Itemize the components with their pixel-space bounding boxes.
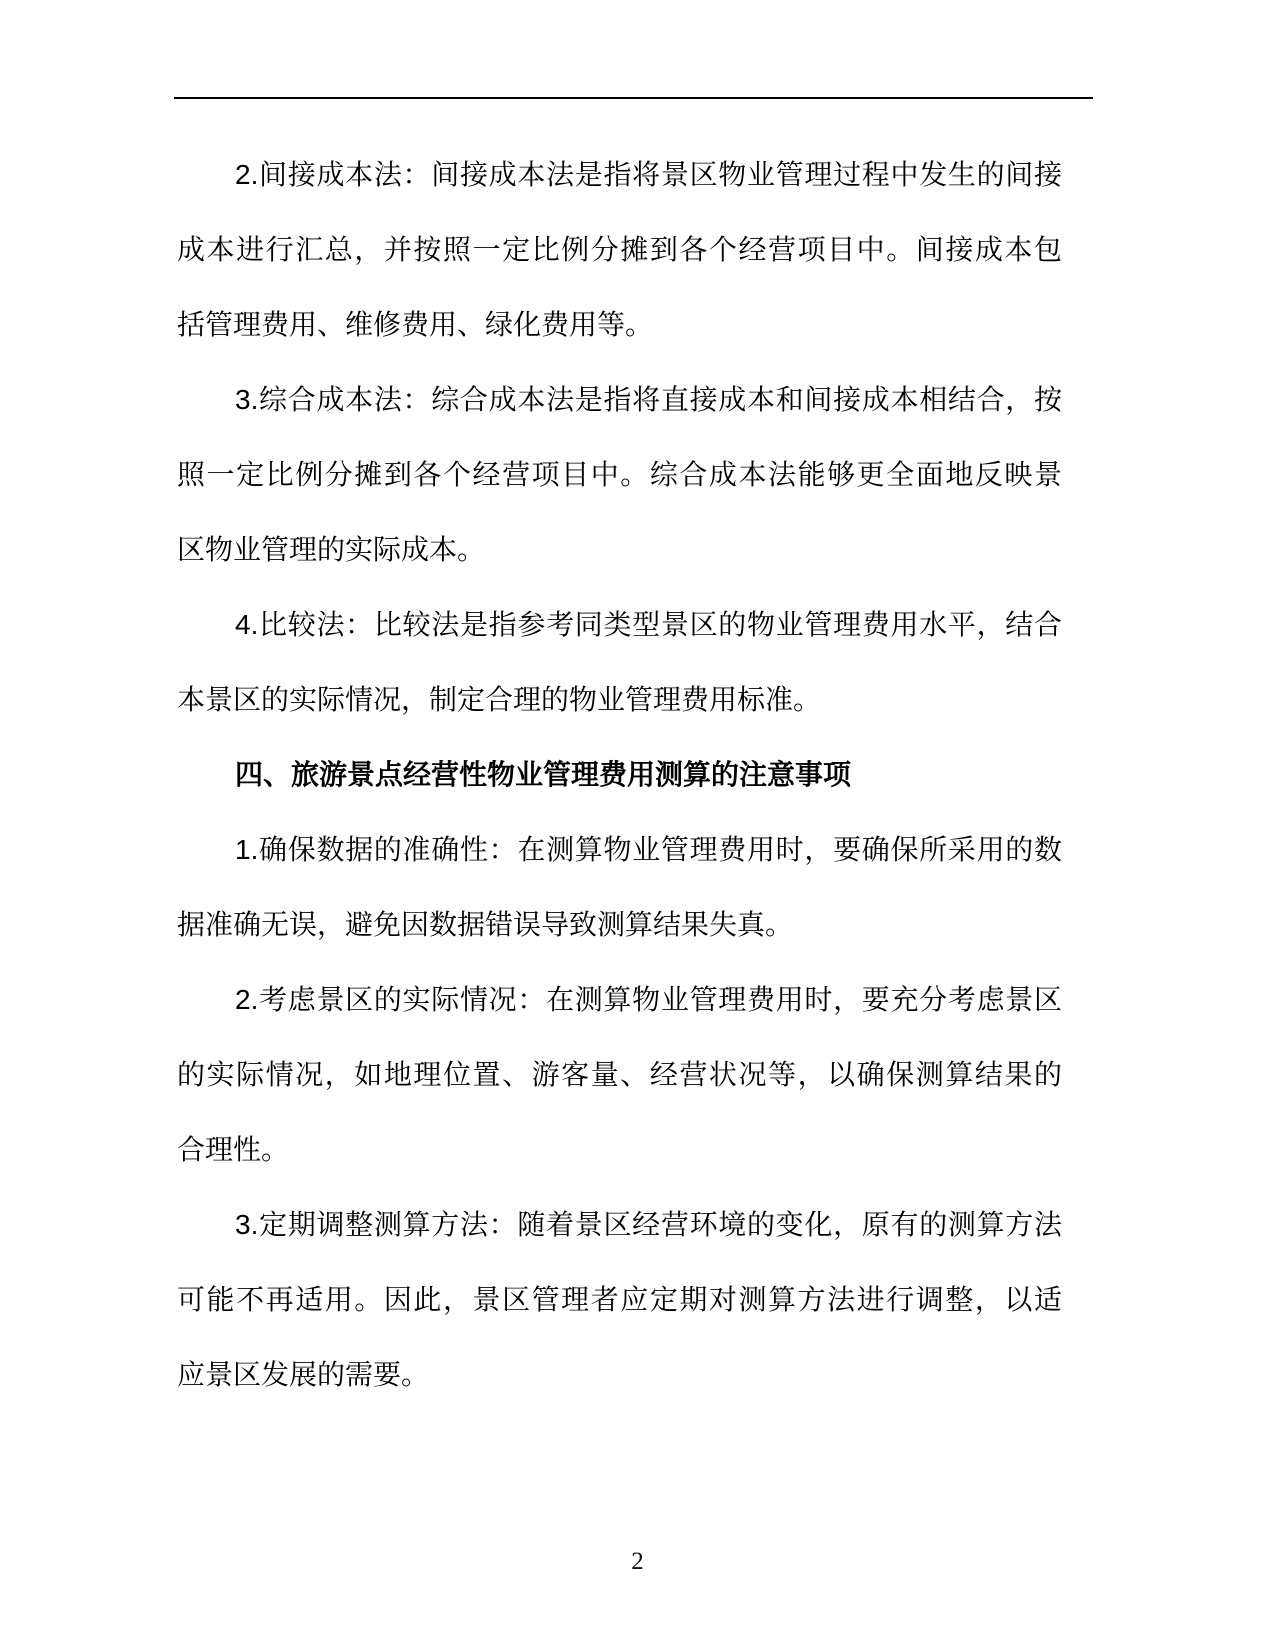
body-line: 3.综合成本法：综合成本法是指将直接成本和间接成本相结合，按 (177, 362, 1062, 437)
paragraph-indirect-cost-method: 2.间接成本法：间接成本法是指将景区物业管理过程中发生的间接 成本进行汇总，并按… (177, 137, 1062, 362)
paragraph-comparison-method: 4.比较法：比较法是指参考同类型景区的物业管理费用水平，结合 本景区的实际情况，… (177, 587, 1062, 737)
body-line: 2.间接成本法：间接成本法是指将景区物业管理过程中发生的间接 (177, 137, 1062, 212)
body-line: 可能不再适用。因此，景区管理者应定期对测算方法进行调整，以适 (177, 1262, 1062, 1337)
paragraph-actual-conditions: 2.考虑景区的实际情况：在测算物业管理费用时，要充分考虑景区 的实际情况，如地理… (177, 962, 1062, 1187)
body-line: 区物业管理的实际成本。 (177, 512, 1062, 587)
body-line: 合理性。 (177, 1112, 1062, 1187)
body-line: 2.考虑景区的实际情况：在测算物业管理费用时，要充分考虑景区 (177, 962, 1062, 1037)
heading-line: 四、旅游景点经营性物业管理费用测算的注意事项 (177, 737, 1062, 812)
body-line: 据准确无误，避免因数据错误导致测算结果失真。 (177, 887, 1062, 962)
document-page: 2.间接成本法：间接成本法是指将景区物业管理过程中发生的间接 成本进行汇总，并按… (0, 0, 1275, 1650)
body-line: 括管理费用、维修费用、绿化费用等。 (177, 287, 1062, 362)
body-line: 照一定比例分摊到各个经营项目中。综合成本法能够更全面地反映景 (177, 437, 1062, 512)
paragraph-comprehensive-cost-method: 3.综合成本法：综合成本法是指将直接成本和间接成本相结合，按 照一定比例分摊到各… (177, 362, 1062, 587)
header-rule (174, 97, 1093, 99)
body-line: 3.定期调整测算方法：随着景区经营环境的变化，原有的测算方法 (177, 1187, 1062, 1262)
body-line: 的实际情况，如地理位置、游客量、经营状况等，以确保测算结果的 (177, 1037, 1062, 1112)
document-body: 2.间接成本法：间接成本法是指将景区物业管理过程中发生的间接 成本进行汇总，并按… (177, 137, 1062, 1412)
section-heading-notes: 四、旅游景点经营性物业管理费用测算的注意事项 (177, 737, 1062, 812)
body-line: 本景区的实际情况，制定合理的物业管理费用标准。 (177, 662, 1062, 737)
body-line: 1.确保数据的准确性：在测算物业管理费用时，要确保所采用的数 (177, 812, 1062, 887)
body-line: 4.比较法：比较法是指参考同类型景区的物业管理费用水平，结合 (177, 587, 1062, 662)
paragraph-periodic-adjustment: 3.定期调整测算方法：随着景区经营环境的变化，原有的测算方法 可能不再适用。因此… (177, 1187, 1062, 1412)
page-number: 2 (0, 1545, 1275, 1579)
paragraph-data-accuracy: 1.确保数据的准确性：在测算物业管理费用时，要确保所采用的数 据准确无误，避免因… (177, 812, 1062, 962)
body-line: 应景区发展的需要。 (177, 1337, 1062, 1412)
body-line: 成本进行汇总，并按照一定比例分摊到各个经营项目中。间接成本包 (177, 212, 1062, 287)
